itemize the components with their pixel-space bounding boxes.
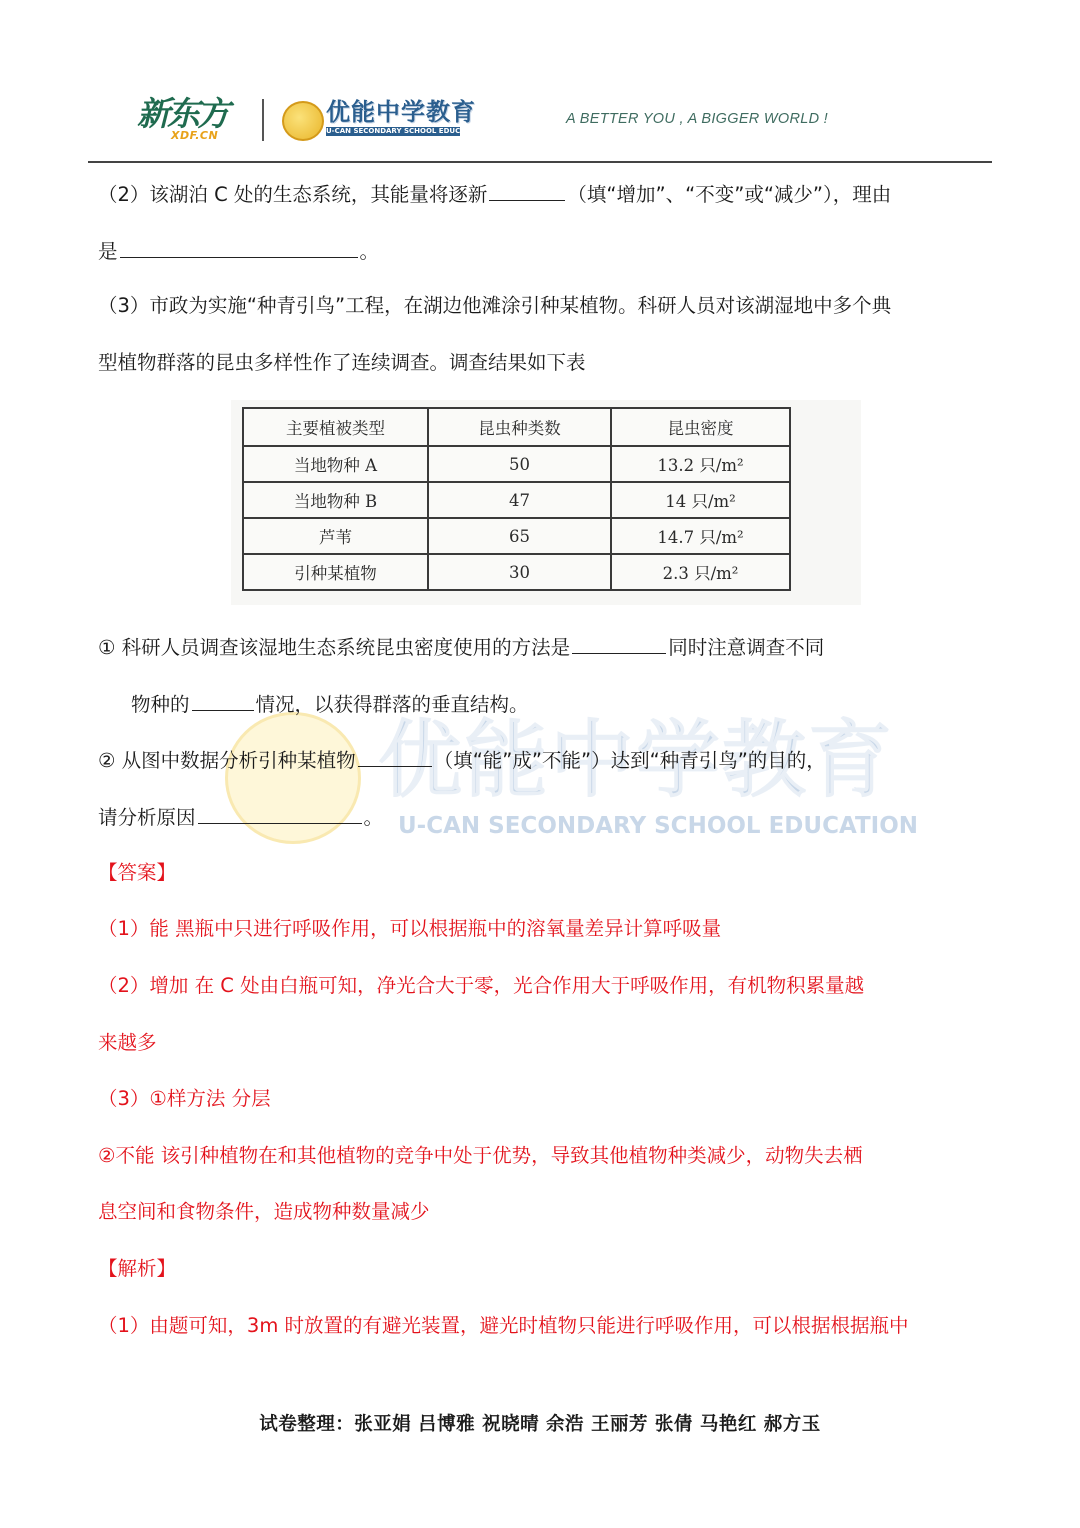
- question-text: 。: [364, 806, 384, 829]
- question-text: （2）该湖泊 C 处的生态系统，其能量将逐新: [98, 183, 487, 206]
- footer-credits: 试卷整理：张亚娟 吕博雅 祝晓晴 余浩 王丽芳 张倩 马艳红 郝方玉: [0, 1410, 1080, 1436]
- answer-1: （1）能 黑瓶中只进行呼吸作用，可以根据瓶中的溶氧量差异计算呼吸量: [98, 916, 721, 942]
- cell-vegetation-type: 引种某植物: [243, 554, 428, 590]
- cell-species-count: 30: [428, 554, 611, 590]
- analysis-heading: 【解析】: [98, 1256, 176, 1282]
- ucan-logo-sub: U-CAN SECONDARY SCHOOL EDUCATION: [326, 127, 460, 136]
- analysis-1: （1）由题可知，3m 时放置的有避光装置，避光时植物只能进行呼吸作用，可以根据根…: [98, 1313, 909, 1339]
- answer-blank: [572, 633, 666, 654]
- xdf-logo: 新东方 XDF.CN: [137, 96, 243, 144]
- cell-density: 14 只/m²: [611, 482, 790, 518]
- answer-heading: 【答案】: [98, 860, 176, 886]
- question-text: 同时注意调查不同: [668, 636, 824, 659]
- header-divider: [88, 161, 992, 163]
- answer-blank: [198, 803, 362, 824]
- cell-vegetation-type: 当地物种 A: [243, 446, 428, 482]
- answer-2-line-1: （2）增加 在 C 处由白瓶可知，净光合大于零，光合作用大于呼吸作用，有机物积累…: [98, 973, 864, 999]
- column-header: 主要植被类型: [243, 408, 428, 446]
- question-text: 物种的: [131, 693, 190, 716]
- answer-blank: [120, 237, 358, 258]
- question-text: 是: [98, 240, 118, 263]
- cell-density: 2.3 只/m²: [611, 554, 790, 590]
- answer-2-line-2: 来越多: [98, 1030, 157, 1056]
- question-text: （填“增加”、“不变”或“减少”），理由: [567, 183, 891, 206]
- ucan-logo-text: 优能中学教育: [326, 98, 476, 126]
- cell-density: 14.7 只/m²: [611, 518, 790, 554]
- cell-species-count: 47: [428, 482, 611, 518]
- table-row: 当地物种 B 47 14 只/m²: [243, 482, 790, 518]
- question-text: ② 从图中数据分析引种某植物: [98, 749, 356, 772]
- table-row: 芦苇 65 14.7 只/m²: [243, 518, 790, 554]
- cell-species-count: 65: [428, 518, 611, 554]
- slogan: A BETTER YOU , A BIGGER WORLD !: [566, 111, 828, 127]
- table-header-row: 主要植被类型 昆虫种类数 昆虫密度: [243, 408, 790, 446]
- insect-survey-table: 主要植被类型 昆虫种类数 昆虫密度 当地物种 A 50 13.2 只/m² 当地…: [242, 407, 791, 591]
- answer-4-line-1: ②不能 该引种植物在和其他植物的竞争中处于优势，导致其他植物种类减少，动物失去栖: [98, 1143, 863, 1169]
- cell-density: 13.2 只/m²: [611, 446, 790, 482]
- question-3-line-2: 型植物群落的昆虫多样性作了连续调查。调查结果如下表: [98, 350, 586, 376]
- answer-4-line-2: 息空间和食物条件，造成物种数量减少: [98, 1199, 430, 1225]
- answer-blank: [358, 746, 432, 767]
- answer-3: （3）①样方法 分层: [98, 1086, 271, 1112]
- question-text: ① 科研人员调查该湿地生态系统昆虫密度使用的方法是: [98, 636, 570, 659]
- column-header: 昆虫密度: [611, 408, 790, 446]
- table-row: 当地物种 A 50 13.2 只/m²: [243, 446, 790, 482]
- ucan-badge-icon: [282, 101, 324, 141]
- subquestion-1-line-1: ① 科研人员调查该湿地生态系统昆虫密度使用的方法是同时注意调查不同: [98, 633, 824, 661]
- subquestion-2-line-1: ② 从图中数据分析引种某植物（填“能”成”不能”）达到“种青引鸟”的目的，: [98, 746, 826, 774]
- cell-vegetation-type: 芦苇: [243, 518, 428, 554]
- logo-divider: [262, 99, 264, 141]
- question-text: 。: [360, 240, 380, 263]
- xdf-logo-sub: XDF.CN: [171, 129, 218, 142]
- answer-blank: [489, 180, 565, 201]
- subquestion-2-line-2: 请分析原因。: [98, 803, 383, 831]
- question-text: 情况，以获得群落的垂直结构。: [256, 693, 529, 716]
- column-header: 昆虫种类数: [428, 408, 611, 446]
- cell-species-count: 50: [428, 446, 611, 482]
- answer-blank: [192, 690, 254, 711]
- question-3-line-1: （3）市政为实施“种青引鸟”工程，在湖边他滩涂引种某植物。科研人员对该湖湿地中多…: [98, 293, 891, 319]
- question-2-line-1: （2）该湖泊 C 处的生态系统，其能量将逐新（填“增加”、“不变”或“减少”），…: [98, 180, 891, 208]
- question-text: （填“能”成”不能”）达到“种青引鸟”的目的，: [434, 749, 826, 772]
- subquestion-1-line-2: 物种的情况，以获得群落的垂直结构。: [131, 690, 529, 718]
- table-row: 引种某植物 30 2.3 只/m²: [243, 554, 790, 590]
- watermark-sub: U-CAN SECONDARY SCHOOL EDUCATION: [398, 813, 918, 839]
- question-text: 请分析原因: [98, 806, 196, 829]
- question-2-line-2: 是。: [98, 237, 379, 265]
- xdf-logo-text: 新东方: [137, 96, 227, 132]
- cell-vegetation-type: 当地物种 B: [243, 482, 428, 518]
